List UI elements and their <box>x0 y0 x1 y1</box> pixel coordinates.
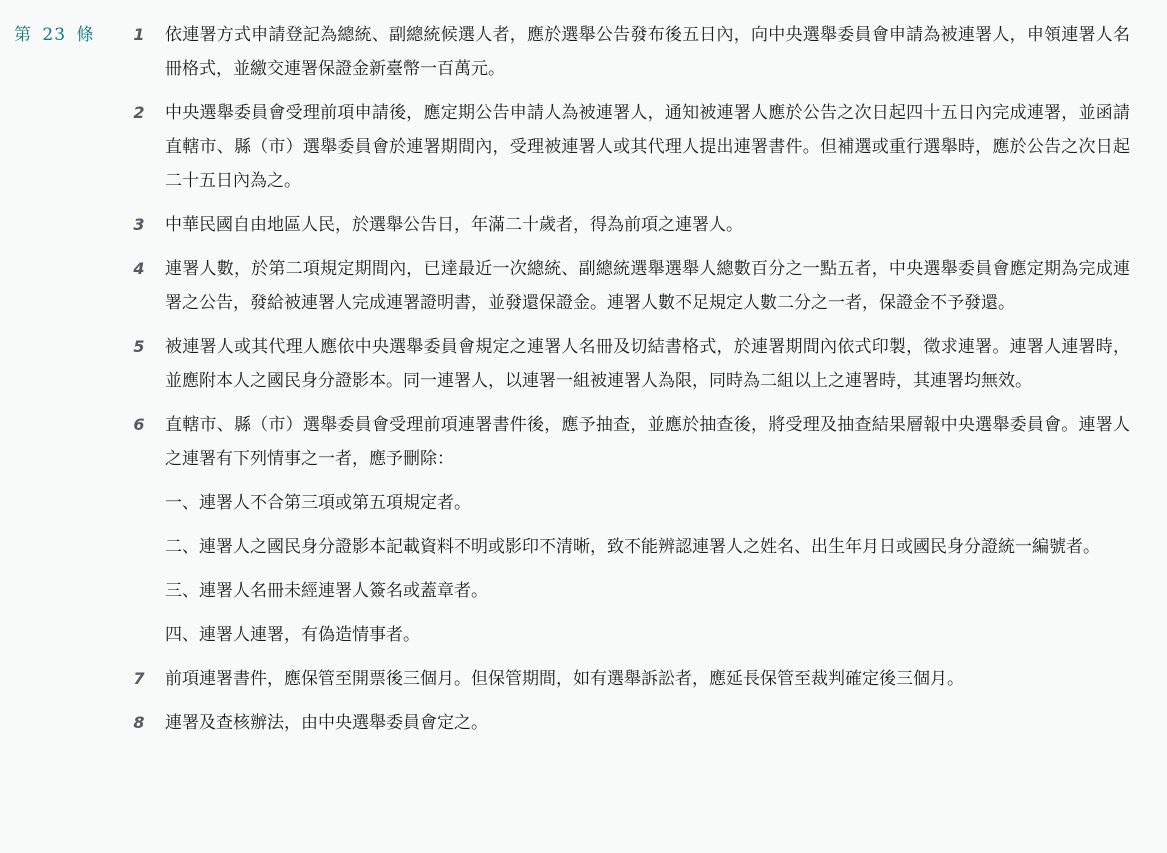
paragraph-text: 被連署人或其代理人應依中央選舉委員會規定之連署人名冊及切結書格式，於連署期間內依… <box>165 330 1130 398</box>
subparagraph-item: 一、連署人不合第三項或第五項規定者。 <box>165 486 1130 520</box>
paragraph-text: 直轄市、縣（市）選舉委員會受理前項連署書件後，應予抽查，並應於抽查後，將受理及抽… <box>165 408 1130 476</box>
paragraph-6: 6 直轄市、縣（市）選舉委員會受理前項連署書件後，應予抽查，並應於抽查後，將受理… <box>165 408 1130 476</box>
paragraph-number: 7 <box>132 662 146 696</box>
subparagraph-item: 四、連署人連署，有偽造情事者。 <box>165 618 1130 652</box>
paragraph-number: 5 <box>132 330 146 364</box>
paragraph-number: 6 <box>132 408 146 442</box>
paragraph-text: 連署及查核辦法，由中央選舉委員會定之。 <box>165 706 1130 740</box>
paragraph-7: 7 前項連署書件，應保管至開票後三個月。但保管期間，如有選舉訴訟者，應延長保管至… <box>165 662 1130 696</box>
paragraph-4: 4 連署人數，於第二項規定期間內，已達最近一次總統、副總統選舉選舉人總數百分之一… <box>165 252 1130 320</box>
paragraph-text: 依連署方式申請登記為總統、副總統候選人者，應於選舉公告發布後五日內，向中央選舉委… <box>165 18 1130 86</box>
paragraph-text: 中央選舉委員會受理前項申請後，應定期公告申請人為被連署人，通知被連署人應於公告之… <box>165 96 1130 198</box>
paragraph-text: 連署人數，於第二項規定期間內，已達最近一次總統、副總統選舉選舉人總數百分之一點五… <box>165 252 1130 320</box>
paragraph-3: 3 中華民國自由地區人民，於選舉公告日，年滿二十歲者，得為前項之連署人。 <box>165 208 1130 242</box>
paragraph-8: 8 連署及查核辦法，由中央選舉委員會定之。 <box>165 706 1130 740</box>
subparagraph-item: 二、連署人之國民身分證影本記載資料不明或影印不清晰，致不能辨認連署人之姓名、出生… <box>165 530 1130 564</box>
paragraph-number: 3 <box>132 208 146 242</box>
paragraph-number: 2 <box>132 96 146 130</box>
subparagraph-item: 三、連署人名冊未經連署人簽名或蓋章者。 <box>165 574 1130 608</box>
paragraph-5: 5 被連署人或其代理人應依中央選舉委員會規定之連署人名冊及切結書格式，於連署期間… <box>165 330 1130 398</box>
paragraph-text: 前項連署書件，應保管至開票後三個月。但保管期間，如有選舉訴訟者，應延長保管至裁判… <box>165 662 1130 696</box>
paragraph-number: 8 <box>132 706 146 740</box>
paragraph-number: 4 <box>132 252 146 286</box>
paragraph-number: 1 <box>132 18 146 52</box>
law-article: 第 23 條 1 依連署方式申請登記為總統、副總統候選人者，應於選舉公告發布後五… <box>0 0 1167 740</box>
paragraph-1: 1 依連署方式申請登記為總統、副總統候選人者，應於選舉公告發布後五日內，向中央選… <box>165 18 1130 86</box>
article-label: 第 23 條 <box>14 20 94 45</box>
paragraph-2: 2 中央選舉委員會受理前項申請後，應定期公告申請人為被連署人，通知被連署人應於公… <box>165 96 1130 198</box>
paragraph-text: 中華民國自由地區人民，於選舉公告日，年滿二十歲者，得為前項之連署人。 <box>165 208 1130 242</box>
